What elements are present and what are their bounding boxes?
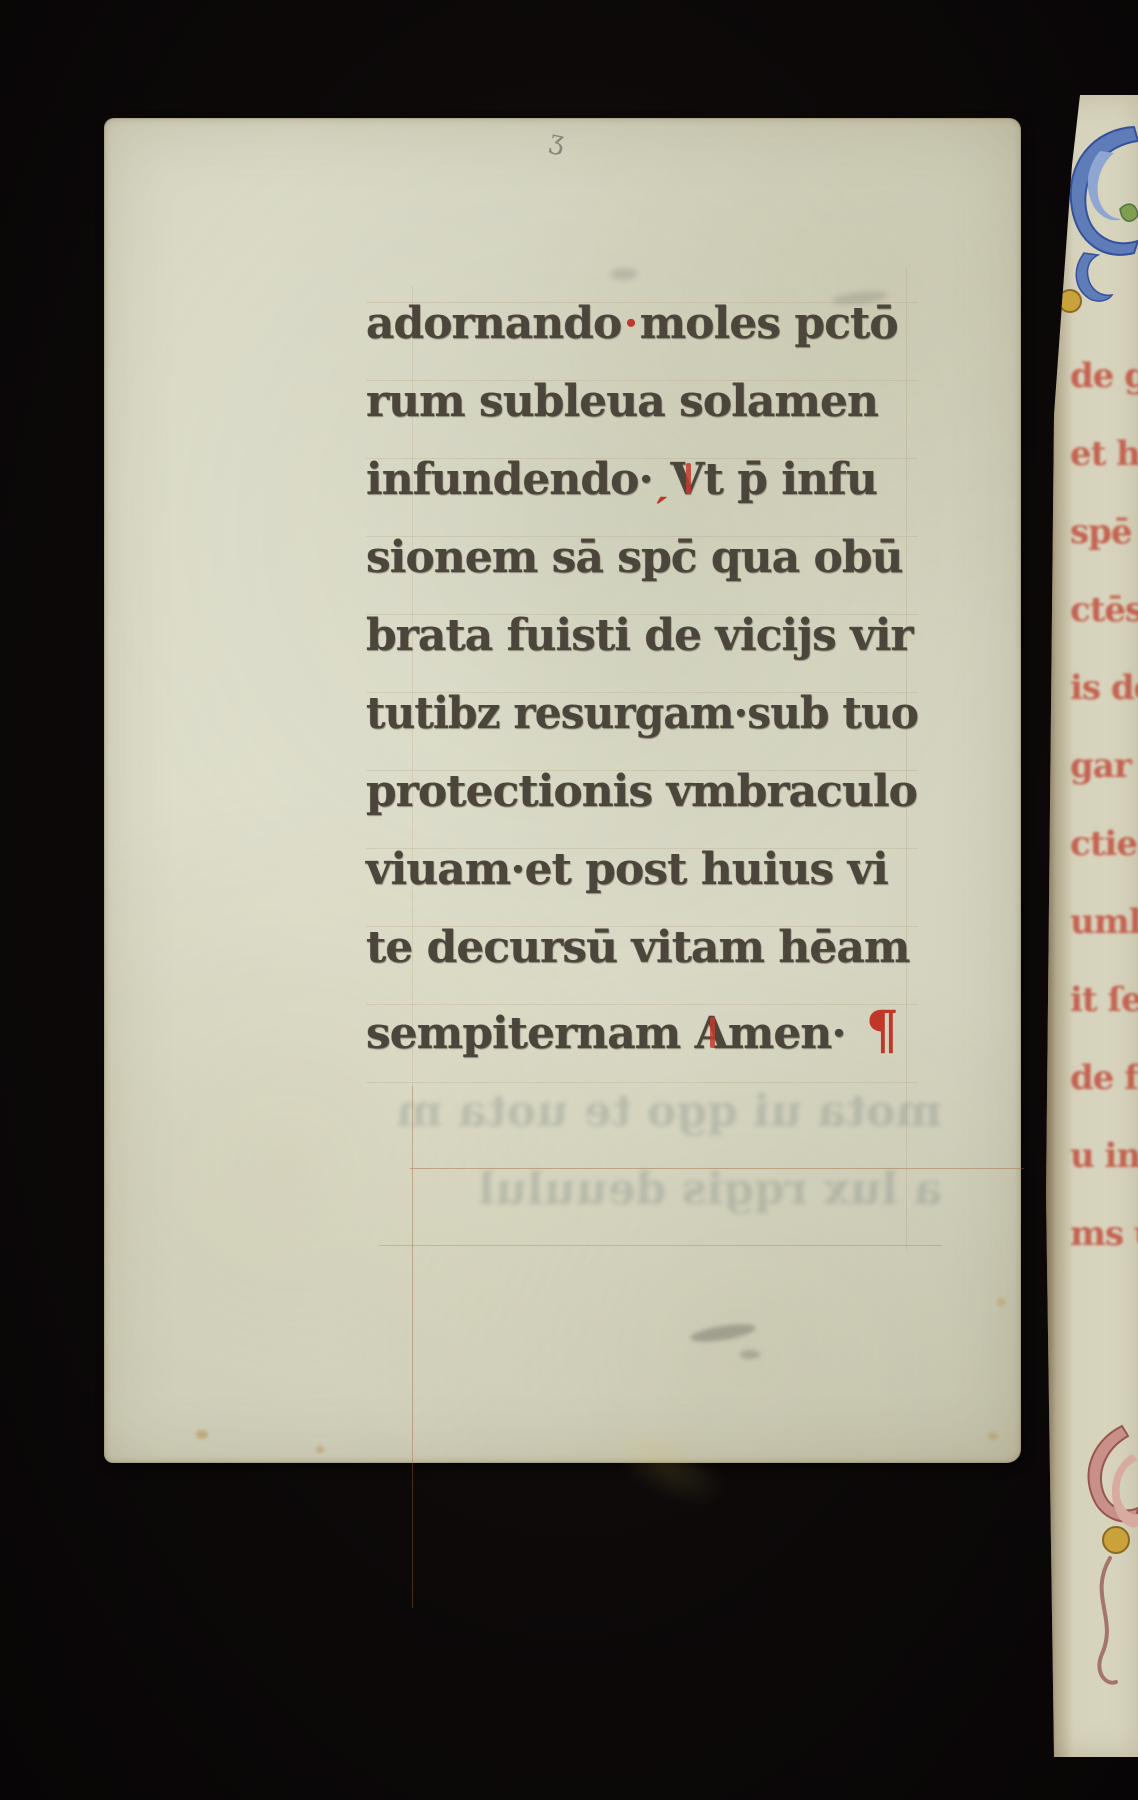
- text-segment: rum subleua solamen: [366, 376, 878, 427]
- bleedthrough-line: a lux rqgis deuulul: [372, 1164, 942, 1215]
- rubric-fragment: ctie e am: [1046, 824, 1138, 902]
- stain-spot: [316, 1446, 324, 1453]
- text-segment: viuam·et post huius vi: [366, 844, 888, 895]
- rubric-mark: ˏ: [653, 454, 671, 505]
- text-segment: t p̄ infu: [704, 454, 877, 505]
- text-segment: brata fuisti de vicijs vir: [366, 610, 913, 661]
- manuscript-text-line: rum subleua solamen: [366, 376, 918, 454]
- text-segment: te decursū vitam hēam: [366, 922, 909, 973]
- text-segment: men·: [728, 1008, 846, 1059]
- manuscript-photo: adornando·moles pctōrum subleua solameni…: [0, 0, 1138, 1800]
- pink-acanthus-foliage-icon: [1060, 1420, 1138, 1700]
- stain-spot: [196, 1430, 208, 1439]
- manuscript-text-line: te decursū vitam hēam: [366, 922, 918, 1000]
- bleedthrough-line: mota ui qgo te uota m: [372, 1086, 942, 1137]
- rubric-mark: ·: [621, 298, 639, 349]
- rubric-fragment: ctēs ſer u: [1046, 590, 1138, 668]
- text-segment: sempiternam: [366, 1008, 695, 1059]
- stain-spot: [997, 1298, 1006, 1306]
- manuscript-text-line: viuam·et post huius vi: [366, 844, 918, 922]
- text-segment: adornando: [366, 298, 621, 349]
- manuscript-text-line: sempiternam Amen·¶: [366, 1000, 918, 1078]
- manuscript-text-line: adornando·moles pctō: [366, 298, 918, 376]
- rubric-fragment: is delami: [1046, 668, 1138, 746]
- manuscript-text-line: protectionis vmbraculo: [366, 766, 918, 844]
- text-segment: moles pctō: [640, 298, 898, 349]
- rubric-text-column: de gmūet heborsspē au lictēs ſer uis del…: [1046, 356, 1138, 1292]
- rubric-mark: ¶: [866, 1000, 898, 1061]
- text-segment: protectionis vmbraculo: [366, 766, 917, 817]
- text-segment: A: [695, 1008, 728, 1059]
- rubric-fragment: de gmū: [1046, 356, 1138, 434]
- manuscript-text-line: tutibz resurgam·sub tuo: [366, 688, 918, 766]
- manuscript-page: adornando·moles pctōrum subleua solameni…: [104, 118, 1021, 1463]
- ink-smudge: [610, 268, 638, 280]
- text-segment: infundendo·: [366, 454, 653, 505]
- text-segment: sionem sā spc̄ qua obū: [366, 532, 903, 583]
- rubric-fragment: it ſera ſer: [1046, 980, 1138, 1058]
- facing-page-edge: de gmūet heborsspē au lictēs ſer uis del…: [1046, 95, 1138, 1757]
- blue-acanthus-foliage-icon: [1054, 123, 1138, 313]
- rubric-fragment: gar lupū: [1046, 746, 1138, 824]
- stain-spot: [988, 1432, 998, 1440]
- text-block: adornando·moles pctōrum subleua solameni…: [366, 298, 918, 1078]
- text-segment: tutibz resurgam·sub tuo: [366, 688, 918, 739]
- ink-smudge: [740, 1350, 760, 1359]
- rubric-fragment: uml e out: [1046, 902, 1138, 980]
- manuscript-text-line: brata fuisti de vicijs vir: [366, 610, 918, 688]
- ruling-line-horizontal: [380, 1245, 942, 1246]
- manuscript-text-line: infundendo·ˏVt p̄ infu: [366, 454, 918, 532]
- pen-trial-mark: ʒ: [547, 125, 568, 157]
- rubric-fragment: et hebors: [1046, 434, 1138, 512]
- text-segment: V: [670, 454, 703, 505]
- rubric-fragment: spē au li: [1046, 512, 1138, 590]
- ruling-line-horizontal: [366, 1082, 918, 1083]
- rubric-fragment: u in e har: [1046, 1136, 1138, 1214]
- rubric-fragment: ms ubr: [1046, 1214, 1138, 1292]
- stain-streak: [596, 1409, 739, 1523]
- rubric-fragment: de frutib: [1046, 1058, 1138, 1136]
- ink-smudge: [689, 1321, 756, 1345]
- manuscript-text-line: sionem sā spc̄ qua obū: [366, 532, 918, 610]
